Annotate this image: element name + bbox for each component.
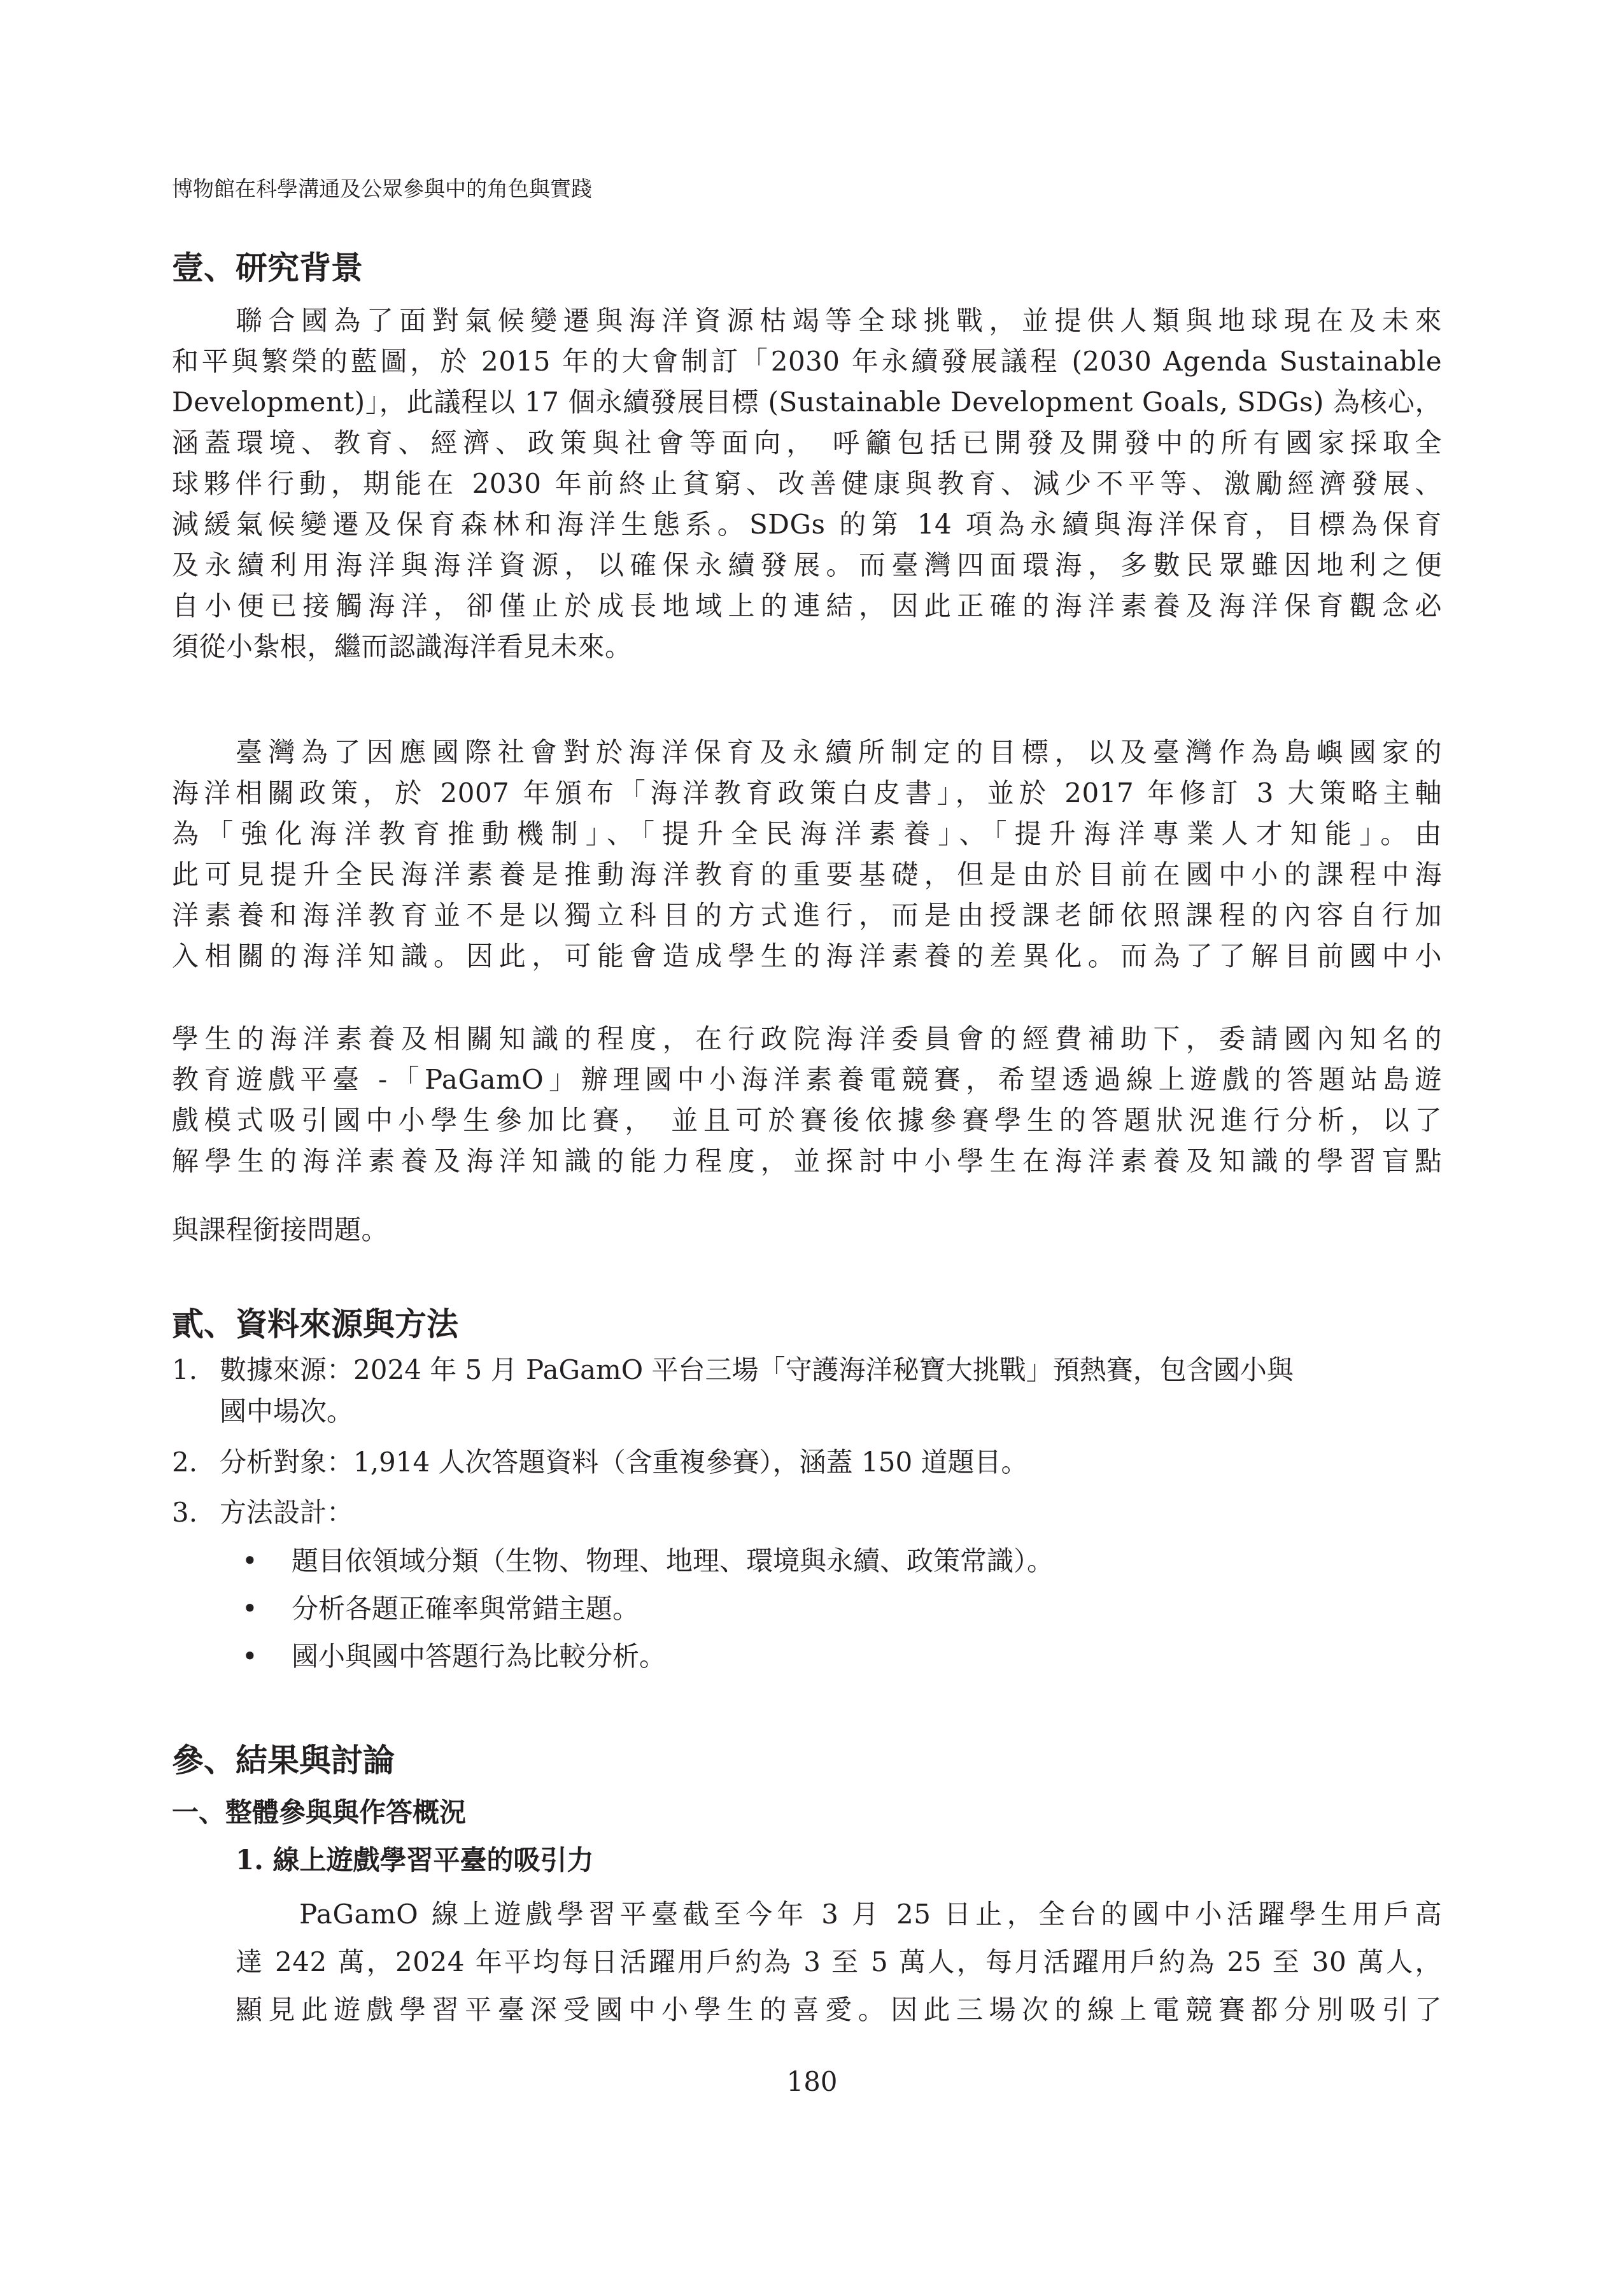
section-heading-data-and-methods: 貳、資料來源與方法: [172, 1302, 458, 1347]
bullet-item: •分析各題正確率與常錯主題。: [242, 1588, 639, 1629]
paragraph-line: 球夥伴行動，期能在 2030 年前終止貧窮、改善健康與教育、減少不平等、激勵經濟…: [172, 463, 1442, 504]
paragraph-line: 須從小紮根，繼而認識海洋看見未來。: [172, 626, 1442, 667]
paragraph-line: 此可見提升全民海洋素養是推動海洋教育的重要基礎，但是由於目前在國中小的課程中海: [172, 854, 1442, 895]
paragraph-line: 洋素養和海洋教育並不是以獨立科目的方式進行，而是由授課老師依照課程的內容自行加: [172, 895, 1442, 936]
paragraph-line: 學生的海洋素養及相關知識的程度，在行政院海洋委員會的經費補助下，委請國內知名的: [172, 1019, 1442, 1059]
paragraph-line: 入相關的海洋知識。因此，可能會造成學生的海洋素養的差異化。而為了了解目前國中小: [172, 936, 1442, 977]
paragraph-line: 及永續利用海洋與海洋資源，以確保永續發展。而臺灣四面環海，多數民眾雖因地利之便: [172, 545, 1442, 586]
bullet-text: 題目依領域分類（生物、物理、地理、環境與永續、政策常識）。: [292, 1545, 1054, 1576]
paragraph-line: Development)」，此議程以 17 個永續發展目標 (Sustainab…: [172, 382, 1442, 423]
paragraph-line: 海洋相關政策，於 2007 年頒布「海洋教育政策白皮書」，並於 2017 年修訂…: [172, 773, 1442, 814]
paragraph-line: 達 242 萬，2024 年平均每日活躍用戶約為 3 至 5 萬人，每月活躍用戶…: [236, 1942, 1442, 1983]
paragraph-line: 聯合國為了面對氣候變遷與海洋資源枯竭等全球挑戰，並提供人類與地球現在及未來: [172, 301, 1442, 341]
paragraph-line: 與課程銜接問題。: [172, 1210, 1442, 1250]
paragraph-line: 自小便已接觸海洋，卻僅止於成長地域上的連結，因此正確的海洋素養及海洋保育觀念必: [172, 586, 1442, 626]
paragraph-line: PaGamO 線上遊戲學習平臺截至今年 3 月 25 日止，全台的國中小活躍學生…: [236, 1894, 1442, 1935]
section-heading-research-background: 壹、研究背景: [172, 246, 363, 290]
bullet-item: •國小與國中答題行為比較分析。: [242, 1636, 666, 1677]
bullet-text: 分析各題正確率與常錯主題。: [292, 1593, 639, 1624]
list-item: 2.分析對象：1,914 人次答題資料（含重複參賽），涵蓋 150 道題目。: [172, 1442, 1027, 1483]
bullet-item: •題目依領域分類（生物、物理、地理、環境與永續、政策常識）。: [242, 1541, 1054, 1581]
subsection-heading: 一、整體參與與作答概況: [172, 1792, 466, 1833]
bullet-text: 國小與國中答題行為比較分析。: [292, 1641, 666, 1672]
paragraph-line: 教育遊戲平臺 -「PaGamO」辦理國中小海洋素養電競賽，希望透過線上遊戲的答題…: [172, 1059, 1442, 1100]
paragraph-line: 臺灣為了因應國際社會對於海洋保育及永續所制定的目標，以及臺灣作為島嶼國家的: [172, 732, 1442, 773]
list-item-continuation: 國中場次。: [220, 1391, 353, 1432]
subsubsection-heading: 1. 線上遊戲學習平臺的吸引力: [236, 1840, 593, 1881]
list-number: 3.: [172, 1492, 220, 1533]
bullet-icon: •: [242, 1636, 292, 1677]
list-item: 1.數據來源：2024 年 5 月 PaGamO 平台三場「守護海洋秘寶大挑戰」…: [172, 1350, 1294, 1390]
bullet-icon: •: [242, 1588, 292, 1629]
paragraph-line: 為「強化海洋教育推動機制」、「提升全民海洋素養」、「提升海洋專業人才知能」。由: [172, 814, 1442, 854]
bullet-icon: •: [242, 1541, 292, 1581]
list-text: 數據來源：2024 年 5 月 PaGamO 平台三場「守護海洋秘寶大挑戰」預熱…: [220, 1354, 1294, 1385]
list-text: 方法設計：: [220, 1497, 353, 1528]
section-heading-results-discussion: 參、結果與討論: [172, 1738, 395, 1783]
paragraph-line: 減緩氣候變遷及保育森林和海洋生態系。SDGs 的第 14 項為永續與海洋保育，目…: [172, 504, 1442, 545]
paragraph-line: 顯見此遊戲學習平臺深受國中小學生的喜愛。因此三場次的線上電競賽都分別吸引了: [236, 1990, 1442, 2030]
paragraph-line: 和平與繁榮的藍圖，於 2015 年的大會制訂「2030 年永續發展議程 (203…: [172, 341, 1442, 382]
list-item: 3.方法設計：: [172, 1492, 353, 1533]
running-header: 博物館在科學溝通及公眾參與中的角色與實踐: [172, 173, 592, 205]
list-text: 分析對象：1,914 人次答題資料（含重複參賽），涵蓋 150 道題目。: [220, 1447, 1027, 1478]
list-number: 2.: [172, 1442, 220, 1483]
list-number: 1.: [172, 1350, 220, 1390]
paragraph-line: 戲模式吸引國中小學生參加比賽， 並且可於賽後依據參賽學生的答題狀況進行分析，以了: [172, 1100, 1442, 1141]
page-number: 180: [0, 2063, 1624, 2101]
paragraph-line: 解學生的海洋素養及海洋知識的能力程度，並探討中小學生在海洋素養及知識的學習盲點: [172, 1141, 1442, 1182]
paragraph-line: 涵蓋環境、教育、經濟、政策與社會等面向， 呼籲包括已開發及開發中的所有國家採取全: [172, 423, 1442, 463]
